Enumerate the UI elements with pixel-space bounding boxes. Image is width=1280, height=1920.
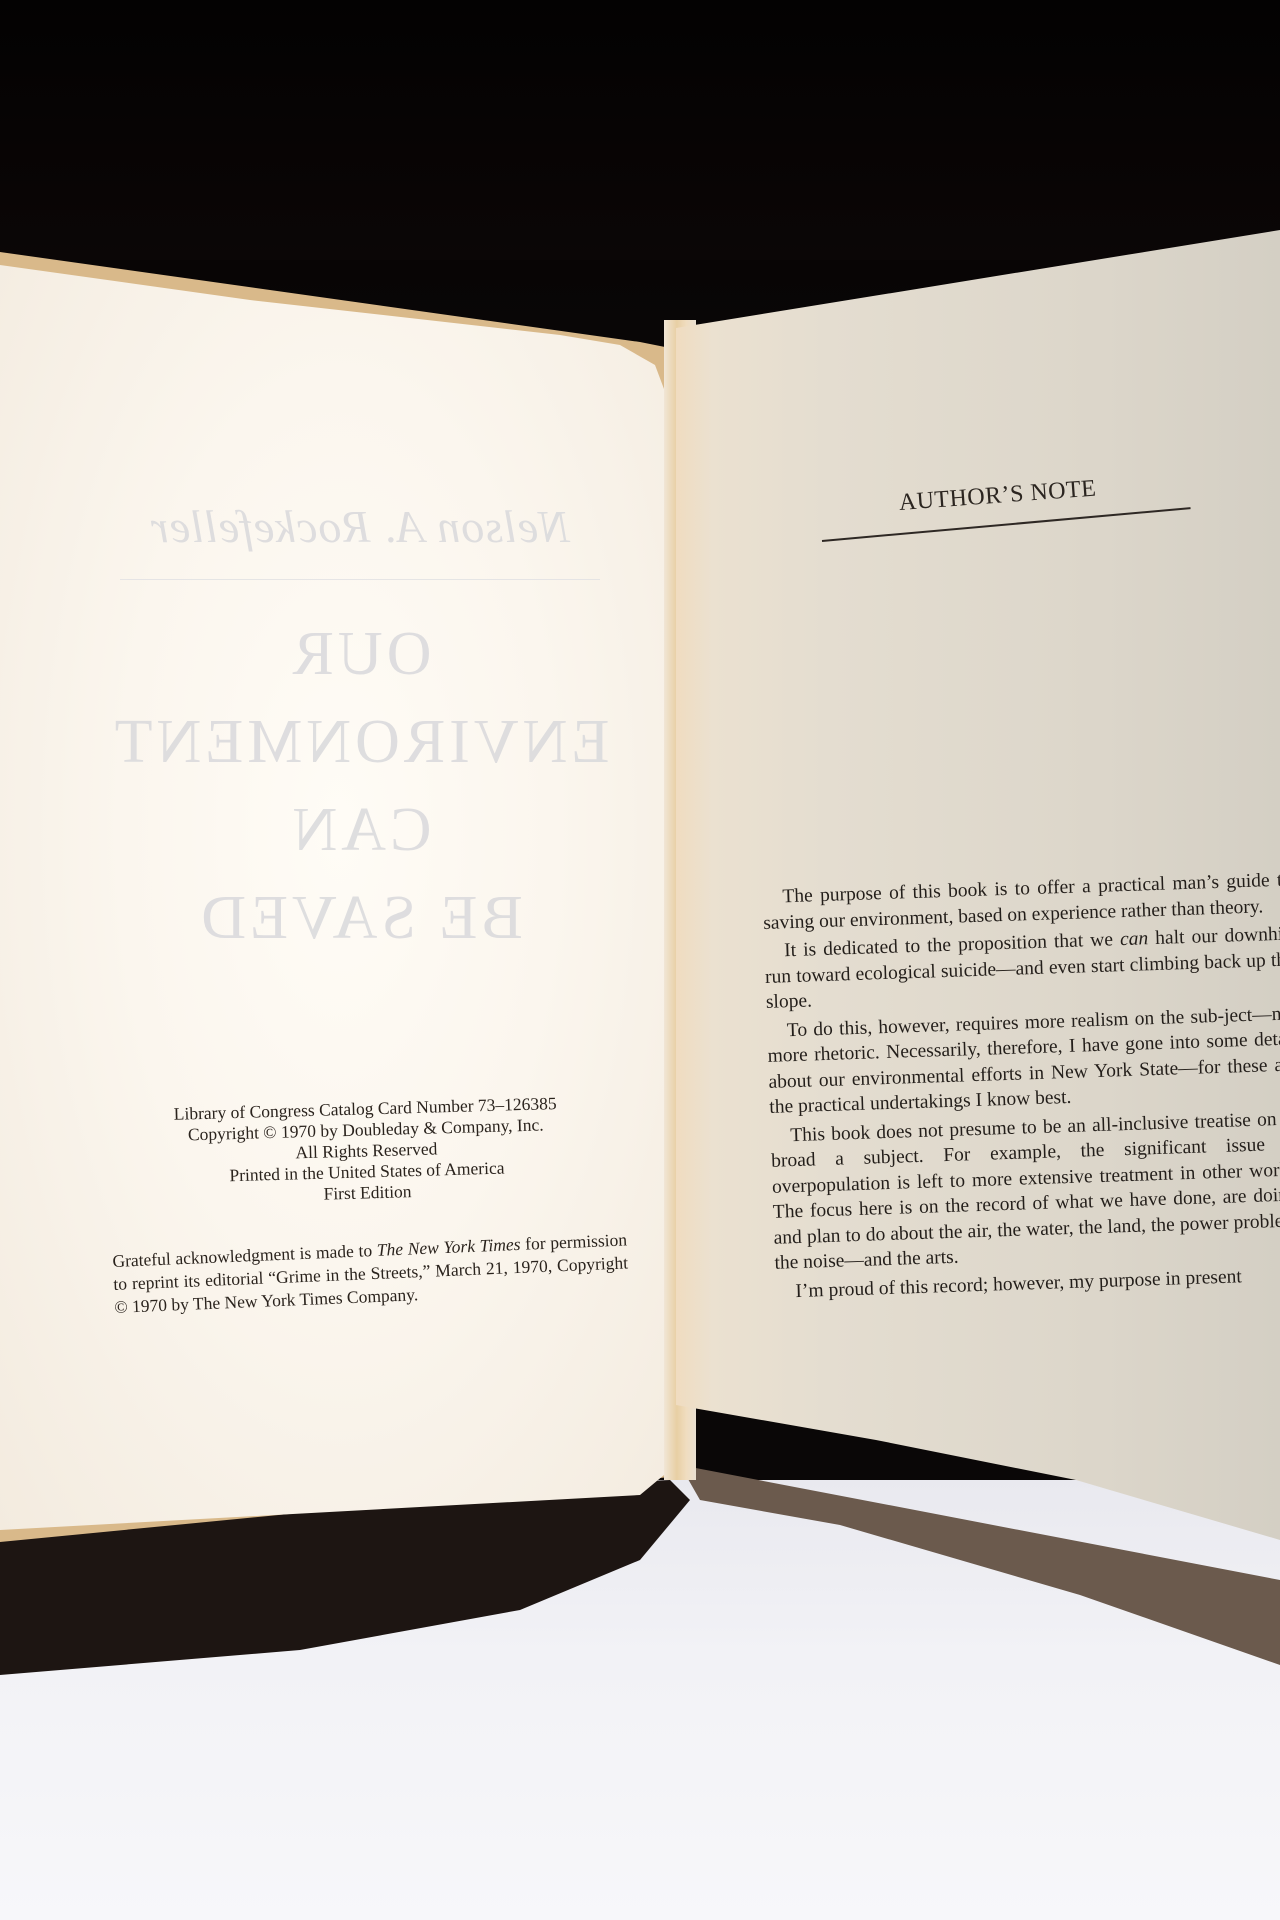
authors-note-body: The purpose of this book is to offer a p…: [762, 867, 1280, 1307]
showthrough-title-line: BE SAVED: [90, 874, 630, 962]
showthrough-title: OUR ENVIRONMENT CAN BE SAVED: [90, 610, 630, 962]
note-paragraph: To do this, however, requires more reali…: [766, 1001, 1280, 1121]
book-photo: Nelson A. Rockefeller OUR ENVIRONMENT CA…: [0, 0, 1280, 1920]
note-paragraph: This book does not presume to be an all-…: [770, 1106, 1280, 1276]
showthrough-author: Nelson A. Rockefeller: [120, 500, 600, 580]
showthrough-title-line: ENVIRONMENT: [90, 698, 630, 786]
title-page-showthrough: Nelson A. Rockefeller OUR ENVIRONMENT CA…: [90, 500, 630, 962]
copyright-block: Library of Congress Catalog Card Number …: [130, 1092, 603, 1210]
note-paragraph: It is dedicated to the proposition that …: [764, 921, 1280, 1015]
showthrough-title-line: CAN: [90, 786, 630, 874]
acknowledgment-publication: The New York Times: [376, 1234, 521, 1260]
note-emphasis: can: [1120, 928, 1149, 950]
dark-background: [0, 0, 1280, 260]
showthrough-title-line: OUR: [90, 610, 630, 698]
